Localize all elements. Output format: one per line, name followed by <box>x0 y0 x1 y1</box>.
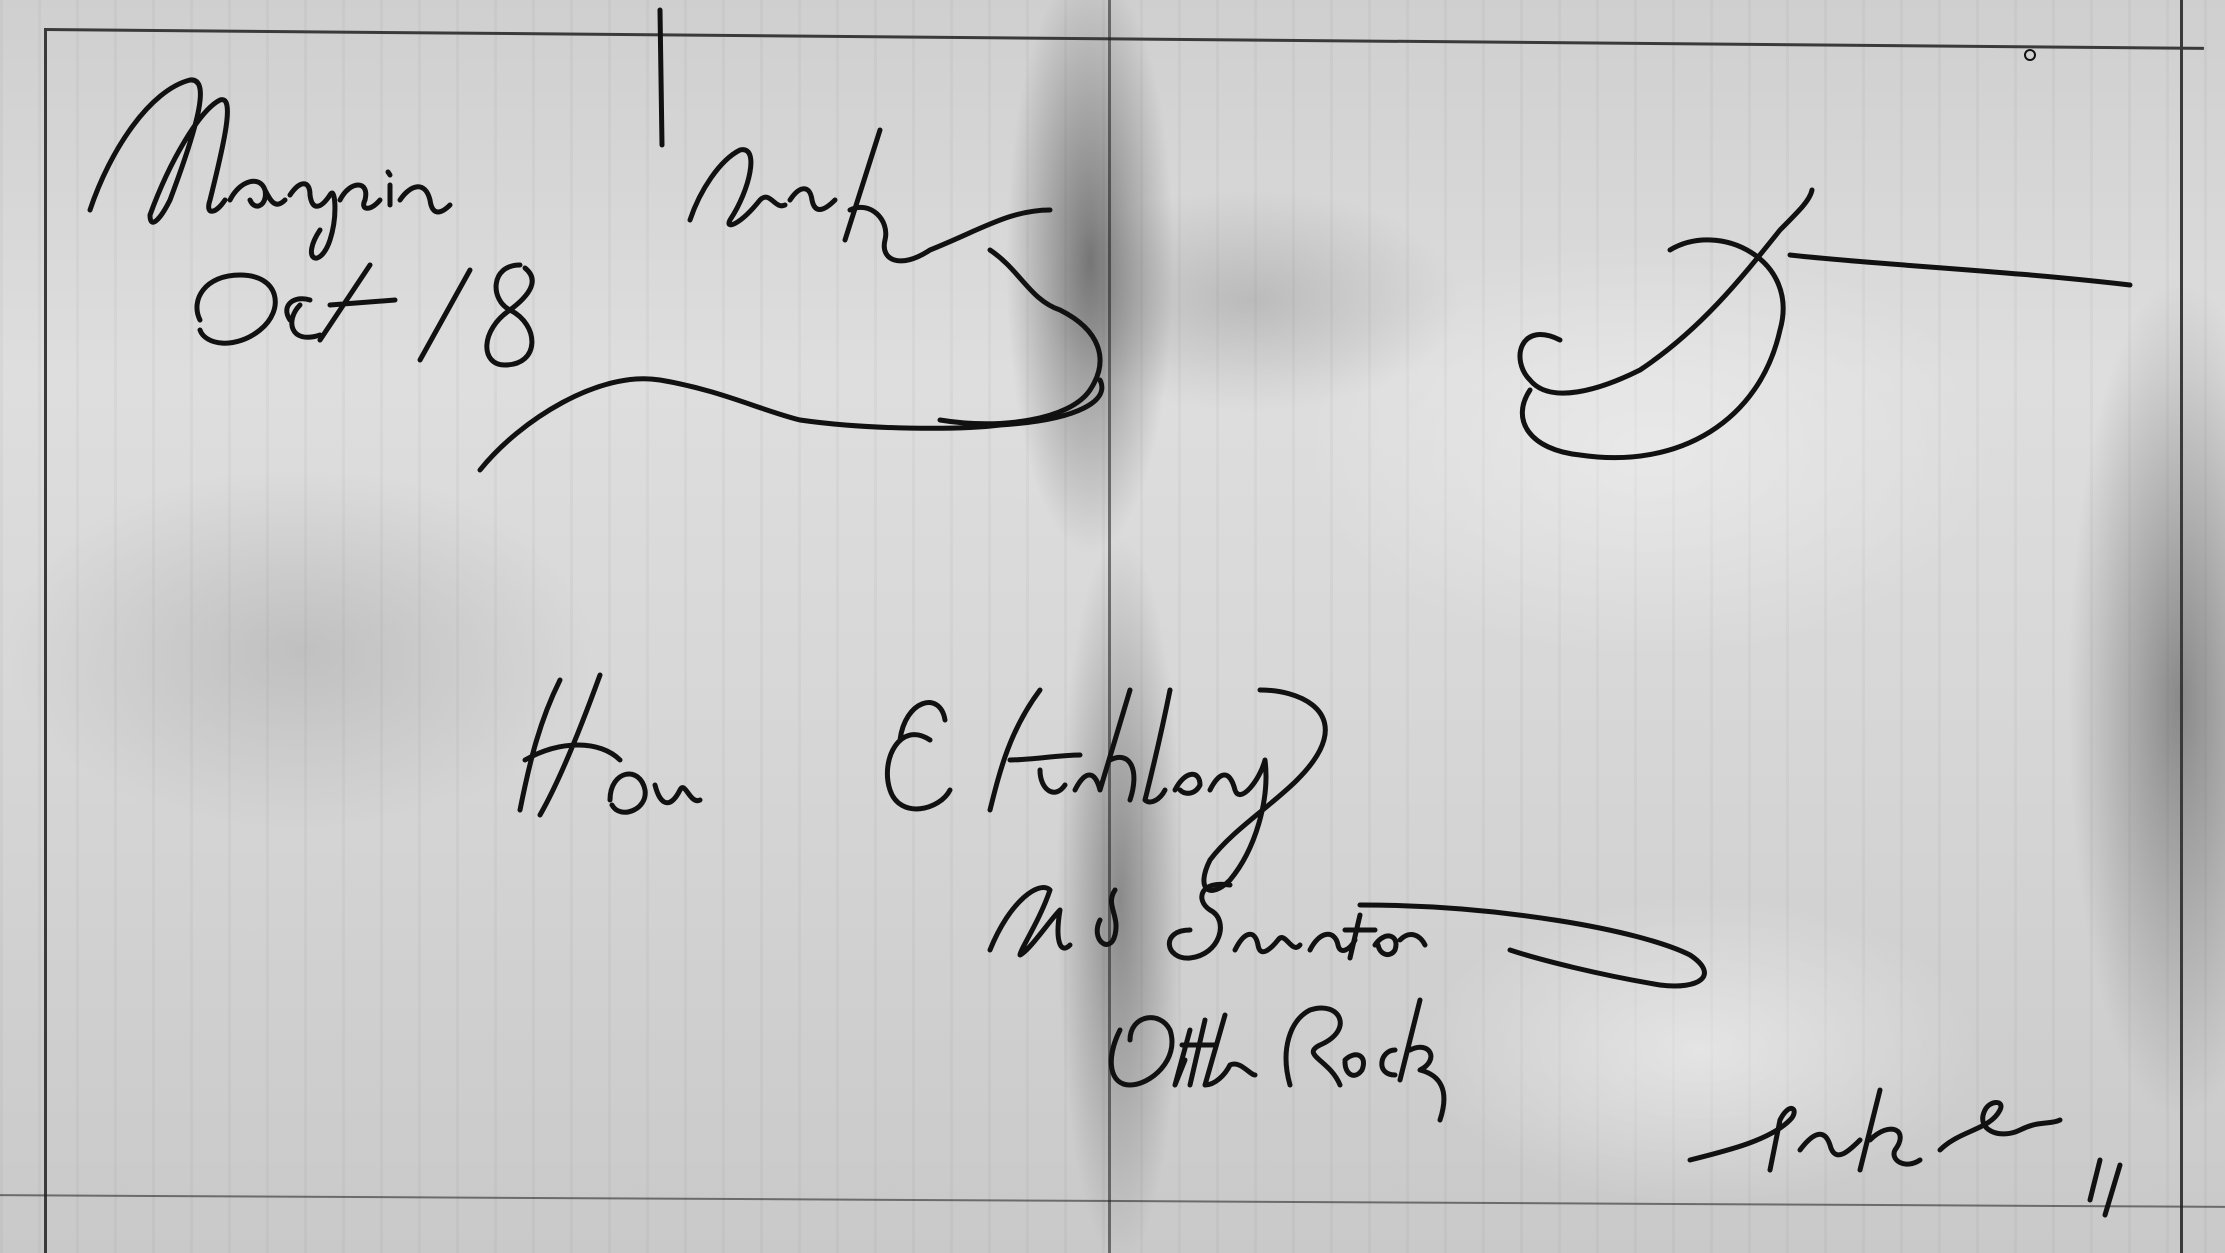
postmark-town-script <box>90 10 1100 424</box>
letter-cover: Marion Ark Oct 18 5 Hon C. Ashley U.S. S… <box>0 0 2225 1253</box>
handwriting-layer <box>0 0 2225 1253</box>
rate-marking-five <box>1520 190 2130 458</box>
address-line2-script <box>990 884 1704 986</box>
postmark-date-script <box>197 265 1102 470</box>
address-line3-script <box>1111 1000 1444 1120</box>
address-line1-script <box>520 675 1325 890</box>
ring-mark-icon <box>2025 50 2035 60</box>
address-line4-script <box>1690 1090 2120 1215</box>
